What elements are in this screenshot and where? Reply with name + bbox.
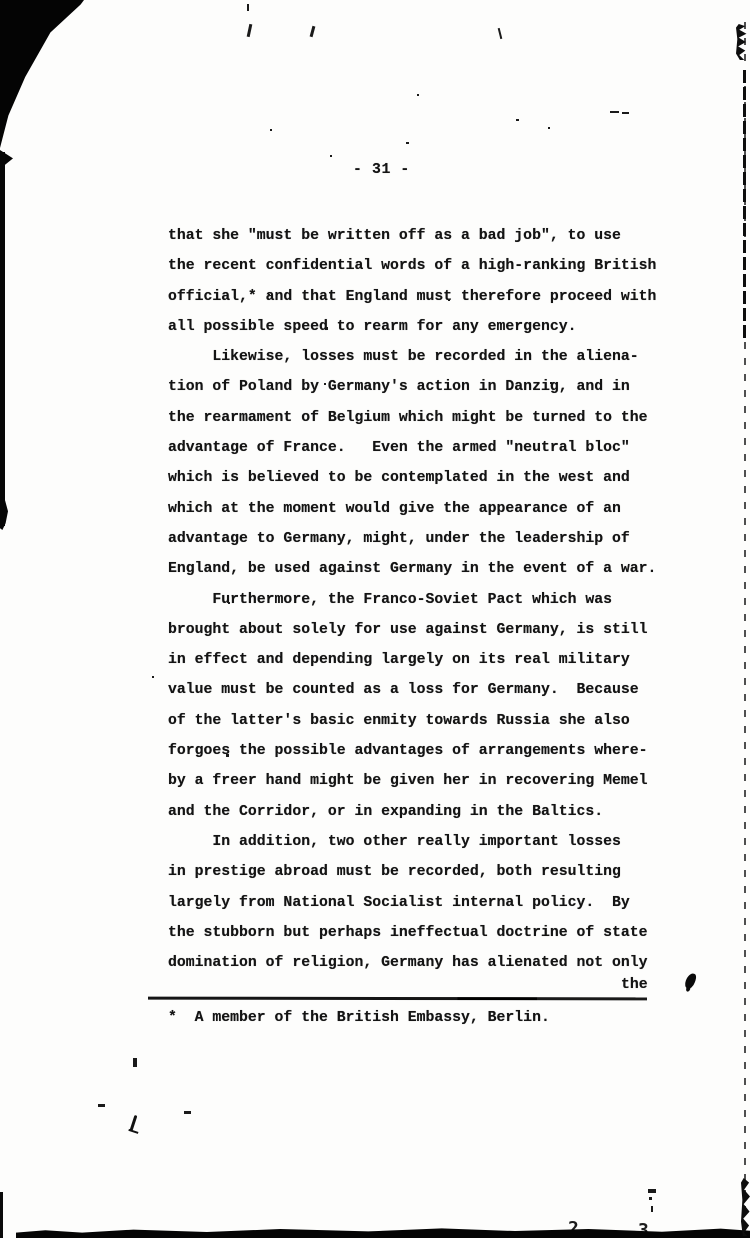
text-line: which is believed to be contemplated in …: [168, 463, 688, 493]
scanned-document-page: - 31 - that she "must be written off as …: [0, 0, 750, 1238]
text-line: largely from National Socialist internal…: [168, 888, 688, 918]
scan-speck: [228, 602, 230, 604]
scan-speck: [268, 294, 270, 296]
text-line: advantage to Germany, might, under the l…: [168, 524, 688, 554]
body-text: that she "must be written off as a bad j…: [168, 221, 688, 978]
scan-speck: [310, 26, 316, 37]
scan-speck: [270, 129, 272, 131]
scan-corner-shadow: [0, 0, 84, 148]
text-line: of the latter's basic enmity towards Rus…: [168, 706, 688, 736]
footnote-rule: [148, 997, 647, 1001]
text-line: brought about solely for use against Ger…: [168, 615, 688, 645]
text-line: in prestige abroad must be recorded, bot…: [168, 857, 688, 887]
scan-scribble-bottom: [741, 1178, 750, 1236]
scan-speck: [622, 112, 629, 114]
text-line: in effect and depending largely on its r…: [168, 645, 688, 675]
text-line: domination of religion, Germany has alie…: [168, 948, 688, 978]
footnote: * A member of the British Embassy, Berli…: [168, 1010, 550, 1026]
scan-speck: [417, 94, 419, 96]
pencil-squiggle: [130, 1115, 138, 1131]
text-line: tion of Poland by Germany's action in Da…: [168, 372, 688, 402]
scan-speck: [548, 127, 550, 129]
text-line: and the Corridor, or in expanding in the…: [168, 797, 688, 827]
text-line: the recent confidential words of a high-…: [168, 251, 688, 281]
scan-speck: [324, 383, 326, 385]
scan-speck: [610, 111, 619, 113]
scan-edge-strip: [0, 152, 5, 526]
scan-speck: [184, 1111, 191, 1114]
scan-speck: [226, 754, 229, 757]
scan-speck: [152, 676, 154, 678]
text-line: by a freer hand might be given her in re…: [168, 766, 688, 796]
scan-scratch-line-dense: [743, 70, 746, 340]
scan-speck: [133, 1058, 137, 1067]
text-line: the rearmament of Belgium which might be…: [168, 403, 688, 433]
text-line: the stubborn but perhaps ineffectual doc…: [168, 918, 688, 948]
text-line: England, be used against Germany in the …: [168, 554, 688, 584]
scan-speck: [247, 4, 249, 11]
scan-speck: [330, 155, 332, 157]
text-line: In addition, two other really important …: [168, 827, 688, 857]
page-number: - 31 -: [353, 162, 410, 178]
scan-speck: [326, 327, 328, 330]
scan-speck: [448, 299, 450, 301]
scan-speck: [498, 28, 503, 39]
text-line: official,* and that England must therefo…: [168, 282, 688, 312]
text-line: that she "must be written off as a bad j…: [168, 221, 688, 251]
text-line: advantage of France. Even the armed "neu…: [168, 433, 688, 463]
text-line: which at the moment would give the appea…: [168, 494, 688, 524]
text-line: value must be counted as a loss for Germ…: [168, 675, 688, 705]
text-line: Furthermore, the Franco-Soviet Pact whic…: [168, 585, 688, 615]
text-line: all possible speed to rearm for any emer…: [168, 312, 688, 342]
scan-speck: [516, 119, 519, 121]
scan-speck: [649, 1197, 652, 1200]
scan-bottom-left-mark: [0, 1192, 3, 1238]
scan-speck: [648, 1189, 656, 1193]
catchword: the: [621, 977, 648, 993]
scan-speck: [550, 382, 552, 384]
text-line: Likewise, losses must be recorded in the…: [168, 342, 688, 372]
scan-speck: [247, 24, 253, 37]
scan-speck: [651, 1206, 653, 1212]
text-line: forgoes the possible advantages of arran…: [168, 736, 688, 766]
scan-speck: [406, 142, 409, 144]
scan-speck: [98, 1104, 105, 1107]
